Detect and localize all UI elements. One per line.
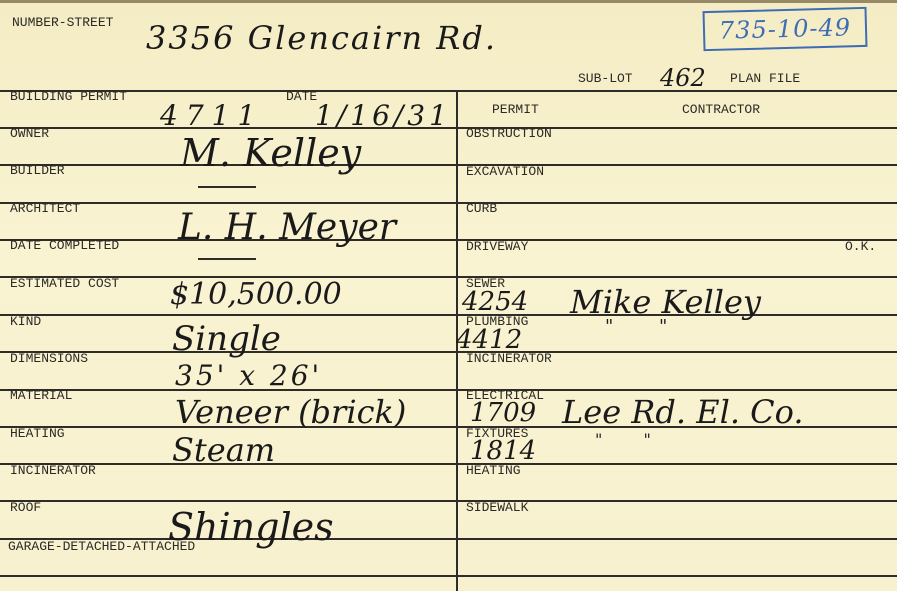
date-label: DATE: [286, 90, 317, 104]
contractor-column-header: CONTRACTOR: [682, 103, 760, 117]
driveway-label: DRIVEWAY: [466, 240, 528, 254]
kind-value: Single: [172, 322, 281, 356]
permit-card: NUMBER-STREET 3356 Glencairn Rd. 735-10-…: [0, 0, 897, 591]
curb-label: CURB: [466, 202, 497, 216]
fixtures-permit: 1814: [470, 438, 536, 464]
incinerator-right-label: INCINERATOR: [466, 352, 552, 366]
roof-label: ROOF: [10, 501, 41, 515]
number-street-value: 3356 Glencairn Rd.: [146, 22, 497, 54]
number-street-label: NUMBER-STREET: [12, 16, 113, 30]
heating-right-label: HEATING: [466, 464, 521, 478]
sidewalk-label: SIDEWALK: [466, 501, 528, 515]
sublot-label: SUB-LOT: [578, 72, 633, 86]
sewer-permit: 4254: [462, 289, 528, 315]
obstruction-label: OBSTRUCTION: [466, 127, 552, 141]
ruled-line: [0, 500, 897, 502]
sewer-contractor: Mike Kelley: [570, 286, 761, 318]
building-permit-label: BUILDING PERMIT: [10, 90, 127, 104]
ruled-line: [0, 463, 897, 465]
excavation-label: EXCAVATION: [466, 165, 544, 179]
ruled-line: [0, 575, 897, 577]
electrical-permit: 1709: [470, 400, 536, 426]
permit-column-header: PERMIT: [492, 103, 539, 117]
plan-file-label: PLAN FILE: [730, 72, 800, 86]
ruled-line: [0, 202, 897, 204]
electrical-contractor: Lee Rd. El. Co.: [562, 396, 804, 428]
estimated-cost-label: ESTIMATED COST: [10, 277, 119, 291]
sublot-value: 462: [660, 66, 706, 90]
kind-label: KIND: [10, 315, 41, 329]
ruled-line: [0, 90, 897, 92]
builder-dash: [198, 186, 256, 188]
heating-label: HEATING: [10, 427, 65, 441]
architect-value: L. H. Meyer: [178, 210, 396, 246]
ruled-line: [0, 239, 897, 241]
architect-label: ARCHITECT: [10, 202, 80, 216]
garage-label: GARAGE-DETACHED-ATTACHED: [8, 540, 195, 554]
plumbing-permit: 4412: [456, 327, 522, 353]
incinerator-label: INCINERATOR: [10, 464, 96, 478]
heating-value: Steam: [172, 434, 275, 466]
builder-label: BUILDER: [10, 164, 65, 178]
material-value: Veneer (brick): [175, 396, 406, 428]
ruled-line: [0, 389, 897, 391]
card-top-edge: [0, 0, 897, 3]
owner-label: OWNER: [10, 127, 49, 141]
ruled-line: [0, 164, 897, 166]
date-completed-label: DATE COMPLETED: [10, 239, 119, 253]
file-number-stamp: 735-10-49: [703, 7, 868, 51]
date-completed-dash: [198, 258, 256, 260]
ruled-line: [0, 351, 897, 353]
building-permit-value: 4711: [160, 102, 263, 130]
plumbing-contractor-ditto: " ": [605, 318, 687, 336]
material-label: MATERIAL: [10, 389, 72, 403]
owner-value: M. Kelley: [180, 134, 361, 172]
dimensions-value: 35' x 26': [175, 362, 322, 390]
fixtures-contractor-ditto: " ": [595, 432, 669, 448]
stamp-text: 735-10-49: [719, 13, 852, 44]
driveway-note: O.K.: [845, 240, 876, 254]
estimated-cost-value: $10,500.00: [170, 280, 342, 310]
ruled-line: [0, 276, 897, 278]
dimensions-label: DIMENSIONS: [10, 352, 88, 366]
date-value: 1/16/31: [315, 102, 451, 130]
ruled-line: [0, 314, 897, 316]
